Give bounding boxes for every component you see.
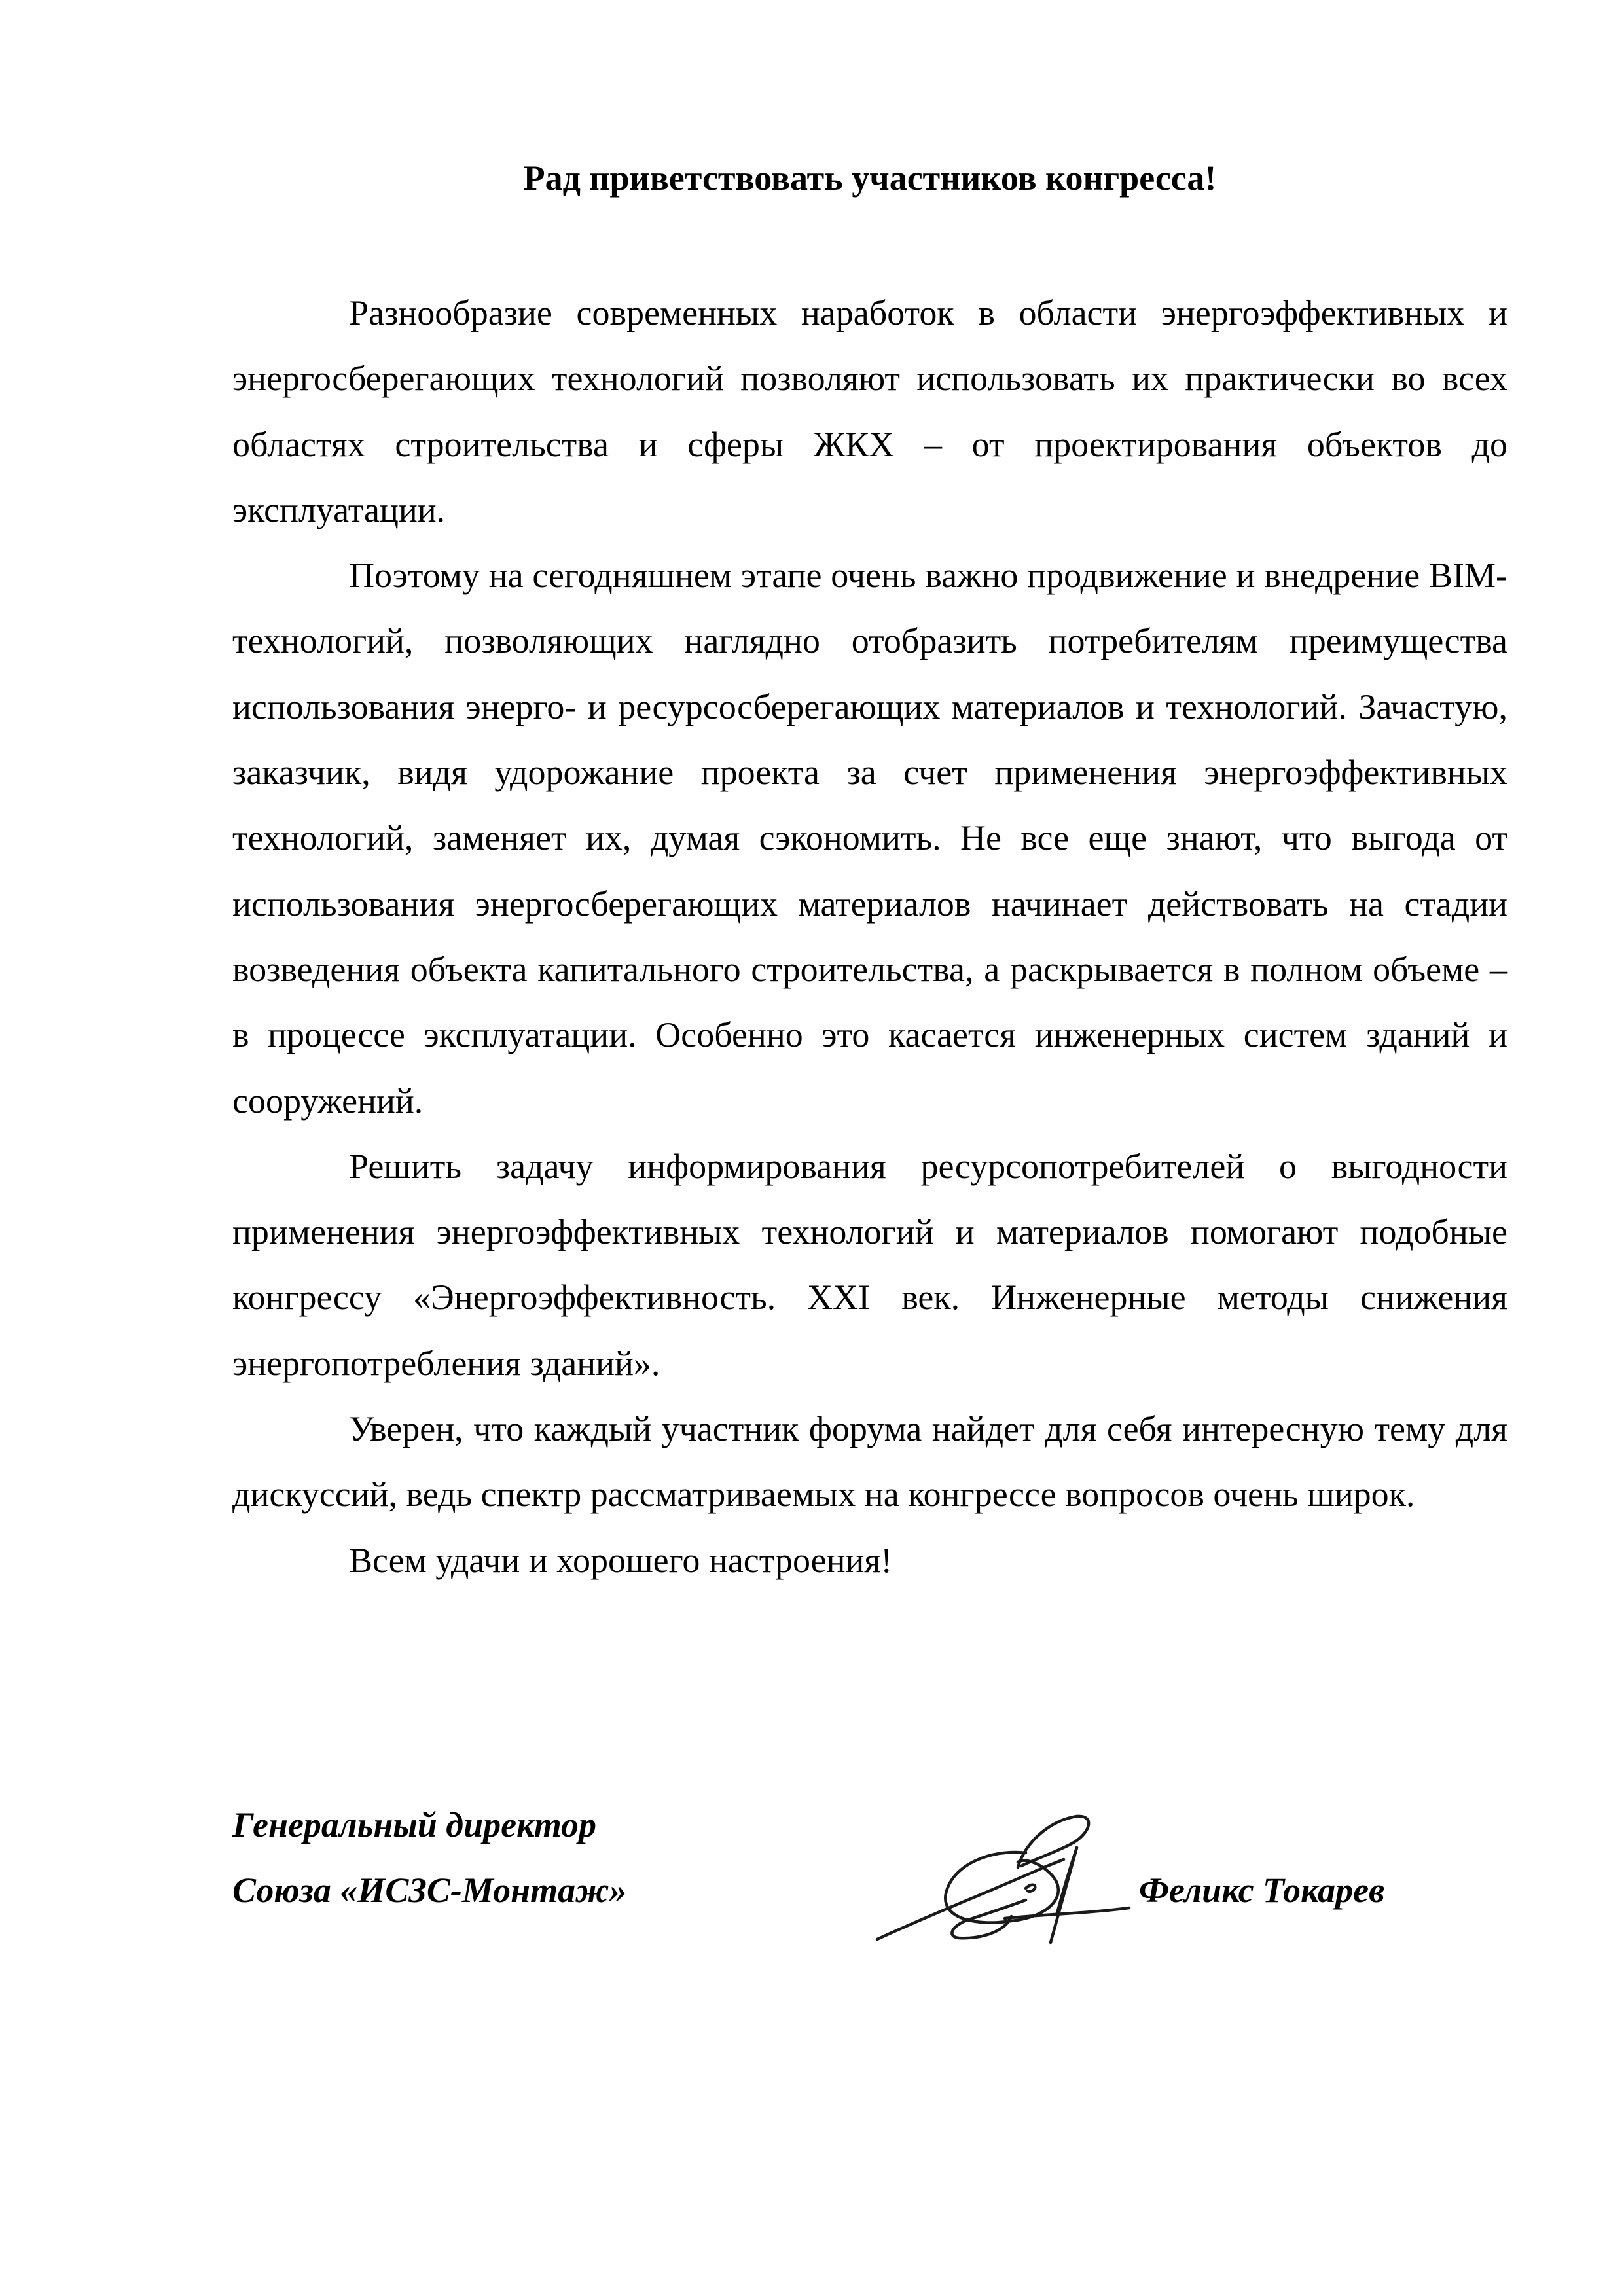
letter-body: Разнообразие современных наработок в обл… <box>232 280 1507 1593</box>
signer-name: Феликс Токарев <box>1139 1857 1384 1923</box>
paragraph-4: Уверен, что каждый участник форума найде… <box>232 1396 1507 1528</box>
signer-organization: Союза «ИСЗС-Монтаж» <box>232 1857 627 1923</box>
signer-position: Генеральный директор <box>232 1792 596 1857</box>
paragraph-2: Поэтому на сегодняшнем этапе очень важно… <box>232 543 1507 1134</box>
handwritten-signature-icon <box>854 1802 1142 1965</box>
letter-title: Рад приветствовать участников конгресса! <box>232 145 1507 211</box>
paragraph-5: Всем удачи и хорошего настроения! <box>232 1528 1507 1593</box>
paragraph-1: Разнообразие современных наработок в обл… <box>232 280 1507 543</box>
paragraph-3: Решить задачу информирования ресурсопотр… <box>232 1134 1507 1396</box>
signature-block: Генеральный директор Союза «ИСЗС-Монтаж» <box>232 1792 1507 2001</box>
